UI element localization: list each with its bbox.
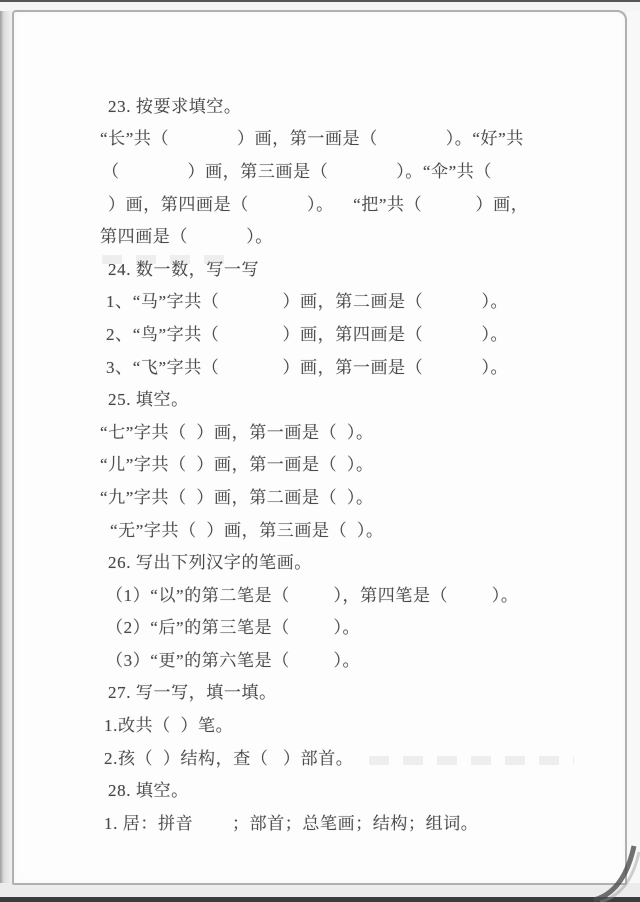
question-heading-line: 27. 写一写，填一填。	[100, 677, 609, 710]
question-heading-line: 26. 写出下列汉字的笔画。	[100, 546, 609, 579]
question-heading-line: 28. 填空。	[100, 774, 609, 807]
question-text-line: （3）“更”的第六笔是（ ）。	[100, 644, 609, 677]
photo-right-edge	[626, 0, 640, 902]
question-text-line: ）画，第四画是（ ）。 “把”共（ ）画，	[100, 188, 609, 221]
question-text-line: 2、“鸟”字共（ ）画，第四画是（ ）。	[100, 318, 609, 351]
question-text-line: （2）“后”的第三笔是（ ）。	[100, 612, 609, 645]
photo-bottom-margin	[0, 883, 640, 897]
question-heading-line: 23. 按要求填空。	[100, 90, 609, 123]
photo-bottom-edge	[0, 897, 640, 902]
question-text-line: “七”字共（ ）画，第一画是（ ）。	[100, 416, 609, 449]
question-text-line: “无”字共（ ）画，第三画是（ ）。	[100, 514, 609, 547]
scan-artifact	[369, 756, 574, 765]
question-heading-line: 25. 填空。	[100, 383, 609, 416]
question-text-line: 第四画是（ ）。	[100, 220, 609, 253]
question-text-line: 1. 居：拼音 ；部首；总笔画；结构；组词。	[100, 807, 609, 840]
question-text-line: “儿”字共（ ）画，第一画是（ ）。	[100, 449, 609, 482]
question-text-line: （1）“以”的第二笔是（ ），第四笔是（ ）。	[100, 579, 609, 612]
scan-artifact	[102, 255, 232, 264]
question-text-line: “九”字共（ ）画，第二画是（ ）。	[100, 481, 609, 514]
scanned-page-photo: 23. 按要求填空。“长”共（ ）画，第一画是（ ）。“好”共（ ）画，第三画是…	[0, 0, 640, 902]
question-text-line: 3、“飞”字共（ ）画，第一画是（ ）。	[100, 351, 609, 384]
photo-top-edge	[0, 0, 640, 2]
question-text-line: 1.改共（ ）笔。	[100, 709, 609, 742]
question-text-line: 1、“马”字共（ ）画，第二画是（ ）。	[100, 286, 609, 319]
question-text-line: （ ）画，第三画是（ ）。“伞”共（	[100, 155, 609, 188]
worksheet-text-block: 23. 按要求填空。“长”共（ ）画，第一画是（ ）。“好”共（ ）画，第三画是…	[100, 90, 609, 840]
question-text-line: “长”共（ ）画，第一画是（ ）。“好”共	[100, 123, 609, 156]
worksheet-page: 23. 按要求填空。“长”共（ ）画，第一画是（ ）。“好”共（ ）画，第三画是…	[12, 10, 627, 885]
